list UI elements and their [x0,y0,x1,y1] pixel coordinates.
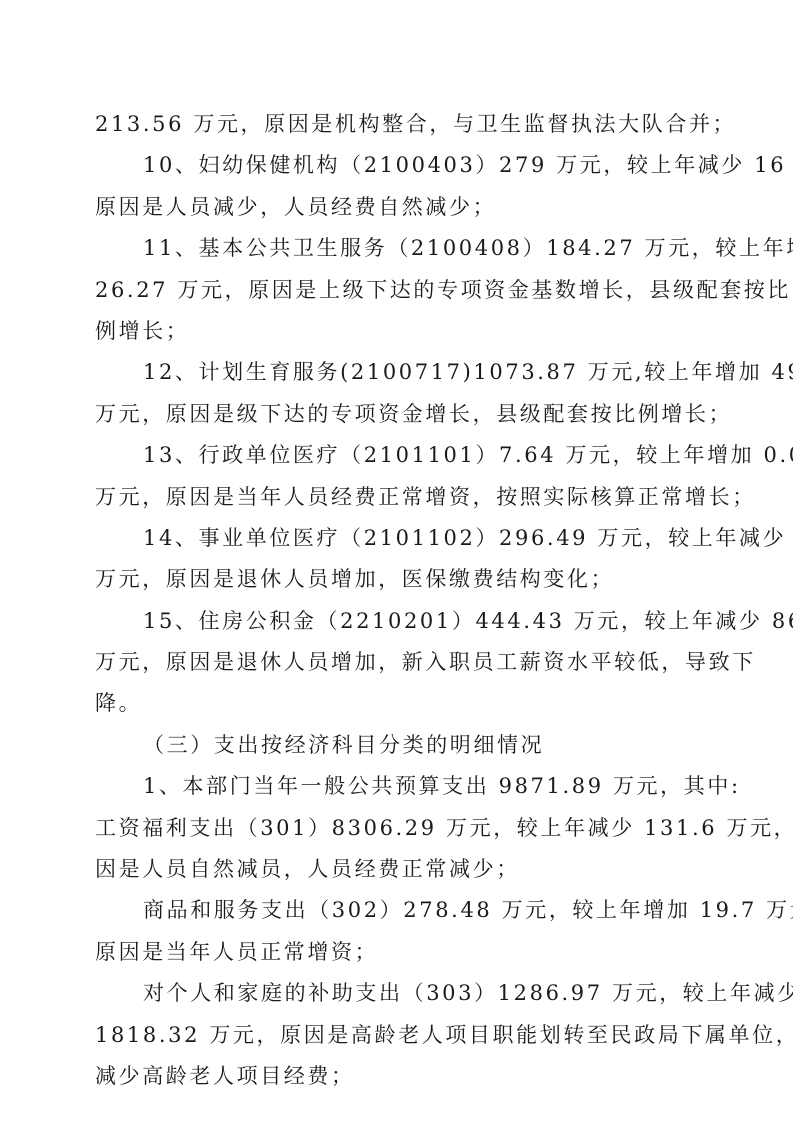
text-line: 商品和服务支出（302）278.48 万元，较上年增加 19.7 万元， [95,890,699,931]
text-line: 1、本部门当年一般公共预算支出 9871.89 万元，其中: [95,766,699,807]
text-line: 万元，原因是级下达的专项资金增长，县级配套按比例增长； [95,394,699,435]
text-line: 例增长； [95,311,699,352]
text-line: 12、计划生育服务(2100717)1073.87 万元,较上年增加 490.8… [95,352,699,393]
text-line: 因是人员自然减员，人员经费正常减少； [95,849,699,890]
text-line: 减少高龄老人项目经费； [95,1056,699,1097]
text-line: 26.27 万元，原因是上级下达的专项资金基数增长，县级配套按比 [95,270,699,311]
text-line: 11、基本公共卫生服务（2100408）184.27 万元，较上年增加 [95,228,699,269]
text-line: 1818.32 万元，原因是高龄老人项目职能划转至民政局下属单位， [95,1015,699,1056]
text-line: 原因是当年人员正常增资； [95,932,699,973]
text-line: 工资福利支出（301）8306.29 万元，较上年减少 131.6 万元，原 [95,808,699,849]
text-line: 万元，原因是退休人员增加，医保缴费结构变化； [95,559,699,600]
text-line: 10、妇幼保健机构（2100403）279 万元，较上年减少 16 万元， [95,145,699,186]
text-line: 213.56 万元，原因是机构整合，与卫生监督执法大队合并； [95,104,699,145]
text-line: 对个人和家庭的补助支出（303）1286.97 万元，较上年减少 [95,973,699,1014]
section-heading: （三）支出按经济科目分类的明细情况 [95,725,699,766]
text-line: 原因是人员减少，人员经费自然减少； [95,187,699,228]
text-line: 13、行政单位医疗（2101101）7.64 万元，较上年增加 0.06 [95,435,699,476]
text-line: 降。 [95,683,699,724]
text-line: 万元，原因是当年人员经费正常增资，按照实际核算正常增长； [95,477,699,518]
text-line: 万元，原因是退休人员增加，新入职员工薪资水平较低，导致下 [95,642,699,683]
text-line: 15、住房公积金（2210201）444.43 万元，较上年减少 86.37 [95,601,699,642]
document-page: 213.56 万元，原因是机构整合，与卫生监督执法大队合并； 10、妇幼保健机构… [95,104,699,1097]
text-line: 14、事业单位医疗（2101102）296.49 万元，较上年减少 3.82 [95,518,699,559]
